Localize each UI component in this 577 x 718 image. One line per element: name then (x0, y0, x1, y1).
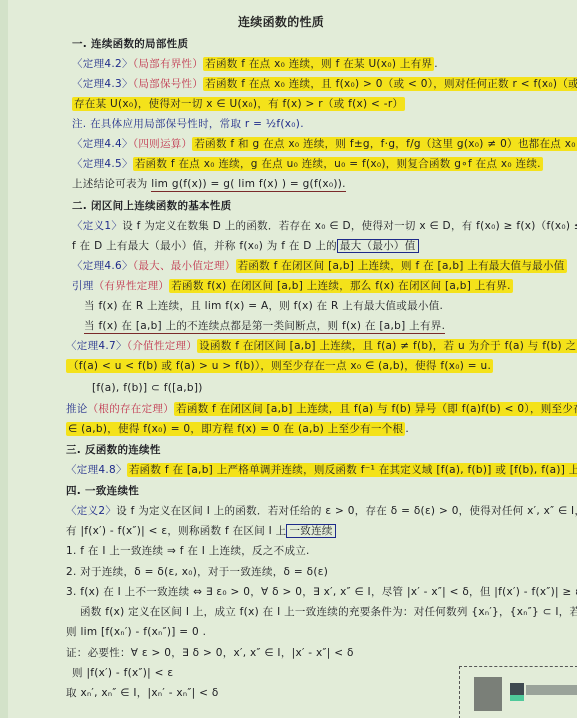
theorem-name: （最大、最小值定理） (133, 260, 236, 272)
limit-intro: 上述结论可表为 (72, 178, 148, 190)
section-3-heading: 三. 反函数的连续性 (66, 443, 161, 457)
theorem-name: （局部保号性） (133, 78, 203, 90)
theorem-label: 〈定理4.7〉 (66, 340, 127, 352)
remark-1: 当 f(x) 在 R 上连续，且 lim f(x) = A，则 f(x) 在 R… (84, 299, 443, 313)
theorem-body-highlight: 若函数 f 在点 x₀ 连续，则 f 在某 U(x₀) 上有界 (203, 57, 434, 71)
definition-body: f 在 D 上有最大（最小）值，并称 f(x₀) 为 f 在 D 上的 (72, 240, 337, 252)
definition-2: 〈定义2〉设 f 为定义在区间 I 上的函数．若对任给的 ε > 0，存在 δ … (66, 504, 577, 518)
page-title: 连续函数的性质 (238, 15, 324, 29)
proof-line-3: 取 xₙ′, xₙ″ ∈ I，|xₙ′ - xₙ″| < δ (66, 686, 219, 700)
watermark-block (510, 683, 524, 695)
corollary-body-highlight: 若函数 f 在闭区间 [a,b] 上连续，且 f(a) 与 f(b) 异号（即 … (174, 402, 577, 416)
theorem-body-highlight: 若函数 f 在点 x₀ 连续，且 f(x₀) > 0（或 < 0），则对任何正数… (203, 77, 577, 91)
theorem-name: （介值性定理） (127, 340, 197, 352)
section-heading-text: 一. 连续函数的局部性质 (72, 38, 188, 50)
definition-label: 〈定义2〉 (66, 505, 116, 517)
corollary-cont: ∈ (a,b)，使得 f(x₀) = 0，即方程 f(x) = 0 在 (a,b… (66, 422, 409, 436)
theorem-body-highlight: 若函数 f 在点 x₀ 连续，g 在点 u₀ 连续，u₀ = f(x₀)，则复合… (133, 157, 543, 171)
corollary-name: （根的存在定理） (88, 403, 174, 415)
corollary-label: 推论 (66, 403, 88, 415)
lemma-name: （有界性定理） (94, 280, 170, 292)
section-2-heading: 二. 闭区间上连续函数的基本性质 (72, 199, 231, 213)
theorem-label: 〈定理4.3〉 (72, 78, 133, 90)
section-4-heading: 四. 一致连续性 (66, 484, 139, 498)
boxed-term: 一致连续 (286, 524, 335, 538)
definition-label: 〈定义1〉 (72, 220, 122, 232)
range-inclusion: [f(a), f(b)] ⊂ f([a,b]) (92, 381, 203, 395)
note-3: 3. f(x) 在 I 上不一致连续 ⇔ ∃ ε₀ > 0，∀ δ > 0，∃ … (66, 585, 577, 599)
definition-body: 有 |f(x′) - f(x″)| < ε，则称函数 f 在区间 I 上 (66, 525, 286, 537)
section-1-heading: 一. 连续函数的局部性质 (72, 37, 188, 51)
corollary-root-existence: 推论（根的存在定理）若函数 f 在闭区间 [a,b] 上连续，且 f(a) 与 … (66, 402, 577, 416)
theorem-4-7: 〈定理4.7〉（介值性定理）设函数 f 在闭区间 [a,b] 上连续，且 f(a… (66, 339, 577, 353)
definition-2-cont: 有 |f(x′) - f(x″)| < ε，则称函数 f 在区间 I 上一致连续 (66, 524, 336, 538)
definition-body: 设 f 为定义在数集 D 上的函数．若存在 x₀ ∈ D，使得对一切 x ∈ D… (122, 220, 577, 232)
limit-formula: lim g(f(x)) = g( lim f(x) ) = g(f(x₀)). (151, 178, 346, 192)
note-4-cont: 则 lim [f(xₙ′) - f(xₙ″)] = 0 . (66, 625, 206, 639)
theorem-4-6: 〈定理4.6〉（最大、最小值定理）若函数 f 在闭区间 [a,b] 上连续，则 … (72, 259, 567, 273)
definition-1: 〈定义1〉设 f 为定义在数集 D 上的函数．若存在 x₀ ∈ D，使得对一切 … (72, 219, 577, 233)
theorem-4-2: 〈定理4.2〉（局部有界性）若函数 f 在点 x₀ 连续，则 f 在某 U(x₀… (72, 57, 438, 71)
lemma-boundedness: 引理（有界性定理）若函数 f(x) 在闭区间 [a,b] 上连续，那么 f(x)… (72, 279, 513, 293)
blurred-watermark (459, 666, 577, 718)
note-1: 1. f 在 I 上一致连续 ⇒ f 在 I 上连续，反之不成立. (66, 544, 310, 558)
theorem-label: 〈定理4.2〉 (72, 58, 133, 70)
theorem-4-4: 〈定理4.4〉（四则运算）若函数 f 和 g 在点 x₀ 连续，则 f±g，f·… (72, 137, 577, 151)
theorem-4-5: 〈定理4.5〉若函数 f 在点 x₀ 连续，g 在点 u₀ 连续，u₀ = f(… (72, 157, 543, 171)
proof-line-2: 则 |f(x′) - f(x″)| < ε (72, 666, 173, 680)
theorem-label: 〈定理4.5〉 (72, 158, 133, 170)
boxed-term: 最大（最小）值 (337, 239, 419, 253)
definition-body: 设 f 为定义在区间 I 上的函数．若对任给的 ε > 0，存在 δ = δ(ε… (116, 505, 577, 517)
punctuation: . (434, 58, 438, 70)
remark-2: 当 f(x) 在 [a,b] 上的不连续点都是第一类间断点，则 f(x) 在 [… (84, 319, 445, 333)
theorem-label: 〈定理4.6〉 (72, 260, 133, 272)
theorem-body-highlight: 若函数 f 在 [a,b] 上严格单调并连续，则反函数 f⁻¹ 在其定义域 [f… (127, 463, 577, 477)
theorem-label: 〈定理4.4〉 (72, 138, 133, 150)
theorem-body-highlight: 存在某 U(x₀)，使得对一切 x ∈ U(x₀)，有 f(x) > r（或 f… (72, 97, 405, 111)
lemma-body-highlight: 若函数 f(x) 在闭区间 [a,b] 上连续，那么 f(x) 在闭区间 [a,… (169, 279, 513, 293)
limit-composition: 上述结论可表为 lim g(f(x)) = g( lim f(x) ) = g(… (72, 177, 346, 191)
theorem-body-highlight: 设函数 f 在闭区间 [a,b] 上连续，且 f(a) ≠ f(b)，若 u 为… (197, 339, 577, 353)
theorem-name: （局部有界性） (133, 58, 203, 70)
theorem-name: （四则运算） (133, 138, 193, 150)
punctuation: . (405, 423, 409, 435)
note-2: 2. 对于连续，δ = δ(ε, x₀)，对于一致连续，δ = δ(ε) (66, 565, 328, 579)
theorem-4-3: 〈定理4.3〉（局部保号性）若函数 f 在点 x₀ 连续，且 f(x₀) > 0… (72, 77, 577, 91)
note-4: 函数 f(x) 定义在区间 I 上，成立 f(x) 在 I 上一致连续的充要条件… (80, 605, 577, 619)
theorem-body-highlight: 若函数 f 和 g 在点 x₀ 连续，则 f±g，f·g，f/g（这里 g(x₀… (192, 137, 577, 151)
theorem-body-highlight: （f(a) < u < f(b) 或 f(a) > u > f(b)），则至少存… (66, 359, 493, 373)
note-local-sign: 注. 在具体应用局部保号性时，常取 r = ½f(x₀). (72, 117, 304, 131)
theorem-body-highlight: 若函数 f 在闭区间 [a,b] 上连续，则 f 在 [a,b] 上有最大值与最… (236, 259, 567, 273)
watermark-accent (510, 695, 524, 701)
corollary-body-highlight: ∈ (a,b)，使得 f(x₀) = 0，即方程 f(x) = 0 在 (a,b… (66, 422, 405, 436)
theorem-4-3-cont: 存在某 U(x₀)，使得对一切 x ∈ U(x₀)，有 f(x) > r（或 f… (72, 97, 405, 111)
lemma-label: 引理 (72, 280, 94, 292)
watermark-avatar (474, 677, 502, 711)
theorem-4-8: 〈定理4.8〉若函数 f 在 [a,b] 上严格单调并连续，则反函数 f⁻¹ 在… (66, 463, 577, 477)
remark-text: 当 f(x) 在 [a,b] 上的不连续点都是第一类间断点，则 f(x) 在 [… (84, 320, 445, 334)
proof-line-1: 证：必要性：∀ ε > 0，∃ δ > 0，x′, x″ ∈ I，|x′ - x… (66, 646, 354, 660)
theorem-4-7-cont: （f(a) < u < f(b) 或 f(a) > u > f(b)），则至少存… (66, 359, 493, 373)
notes-content: 连续函数的性质 一. 连续函数的局部性质 〈定理4.2〉（局部有界性）若函数 f… (0, 0, 577, 718)
watermark-text (526, 685, 577, 695)
theorem-label: 〈定理4.8〉 (66, 464, 127, 476)
definition-1-cont: f 在 D 上有最大（最小）值，并称 f(x₀) 为 f 在 D 上的最大（最小… (72, 239, 419, 253)
